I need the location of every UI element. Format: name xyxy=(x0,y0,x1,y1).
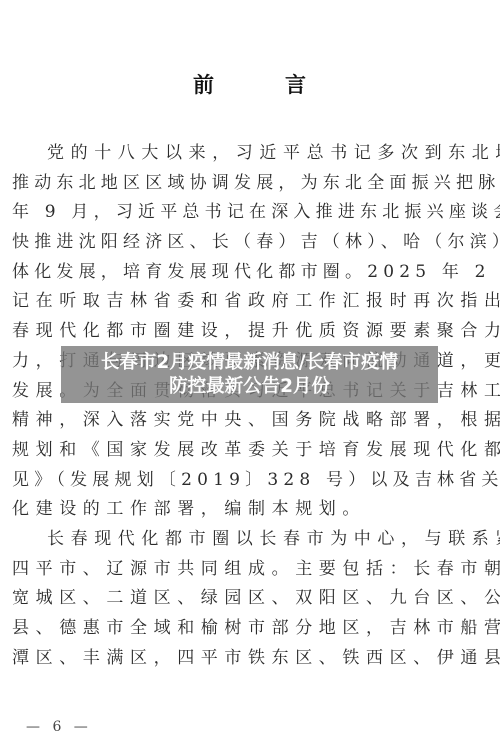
text-line: 四平市、辽源市共同组成。主要包括：长春市朝阳区、南关区、 xyxy=(12,555,492,585)
text-line: 县、德惠市全域和榆树市部分地区，吉林市船营区、昌邑区、龙 xyxy=(12,614,492,644)
text-line: 记在听取吉林省委和省政府工作汇报时再次指出：要积极推进长 xyxy=(12,287,492,317)
headline-line-2: 防控最新公告2月份 xyxy=(169,375,330,399)
page-number: — 6 — xyxy=(26,717,92,737)
text-line: 潭区、丰满区，四平市铁东区、铁西区、伊通县，辽源市龙山 xyxy=(12,644,492,674)
title-char-1: 前 xyxy=(193,72,214,98)
headline-line-1: 长春市2月疫情最新消息/长春市疫情 xyxy=(101,351,398,375)
headline-overlay-banner: 长春市2月疫情最新消息/长春市疫情 防控最新公告2月份 xyxy=(61,346,438,403)
text-line: 化建设的工作部署，编制本规划。 xyxy=(12,495,492,525)
text-line: 宽城区、二道区、绿园区、双阳区、九台区、公主岭市、农安 xyxy=(12,584,492,614)
text-line: 春现代化都市圈建设，提升优质资源要素聚合力和产业集中承载 xyxy=(12,317,492,347)
text-line: 党的十八大以来，习近平总书记多次到东北地区考察调研， xyxy=(12,139,492,169)
title-char-2: 言 xyxy=(285,72,306,98)
document-page: 前 言 党的十八大以来，习近平总书记多次到东北地区考察调研， 推动东北地区区域协… xyxy=(0,0,500,745)
text-line: 年 9 月，习近平总书记在深入推进东北振兴座谈会上指出：要加 xyxy=(12,198,492,228)
text-line: 长春现代化都市圈以长春市为中心，与联系紧密的吉林市、 xyxy=(12,525,492,555)
text-line: 见》（发展规划〔2019〕328 号）以及吉林省关于加快新型城镇 xyxy=(12,466,492,496)
page-title: 前 言 xyxy=(0,72,500,98)
text-line: 精神，深入落实党中央、国务院战略部署，根据国家新型城镇化 xyxy=(12,406,492,436)
text-line: 规划和《国家发展改革委关于培育发展现代化都市圈的指导意 xyxy=(12,436,492,466)
preface-body: 党的十八大以来，习近平总书记多次到东北地区考察调研， 推动东北地区区域协调发展，… xyxy=(12,139,492,673)
text-line: 快推进沈阳经济区、长（春）吉（林）、哈（尔滨）大（庆）一 xyxy=(12,228,492,258)
text-line: 体化发展，培育发展现代化都市圈。2025 年 2 月，习近平总书 xyxy=(12,258,492,288)
text-line: 推动东北地区区域协调发展，为东北全面振兴把脉定向。2018 xyxy=(12,169,492,199)
